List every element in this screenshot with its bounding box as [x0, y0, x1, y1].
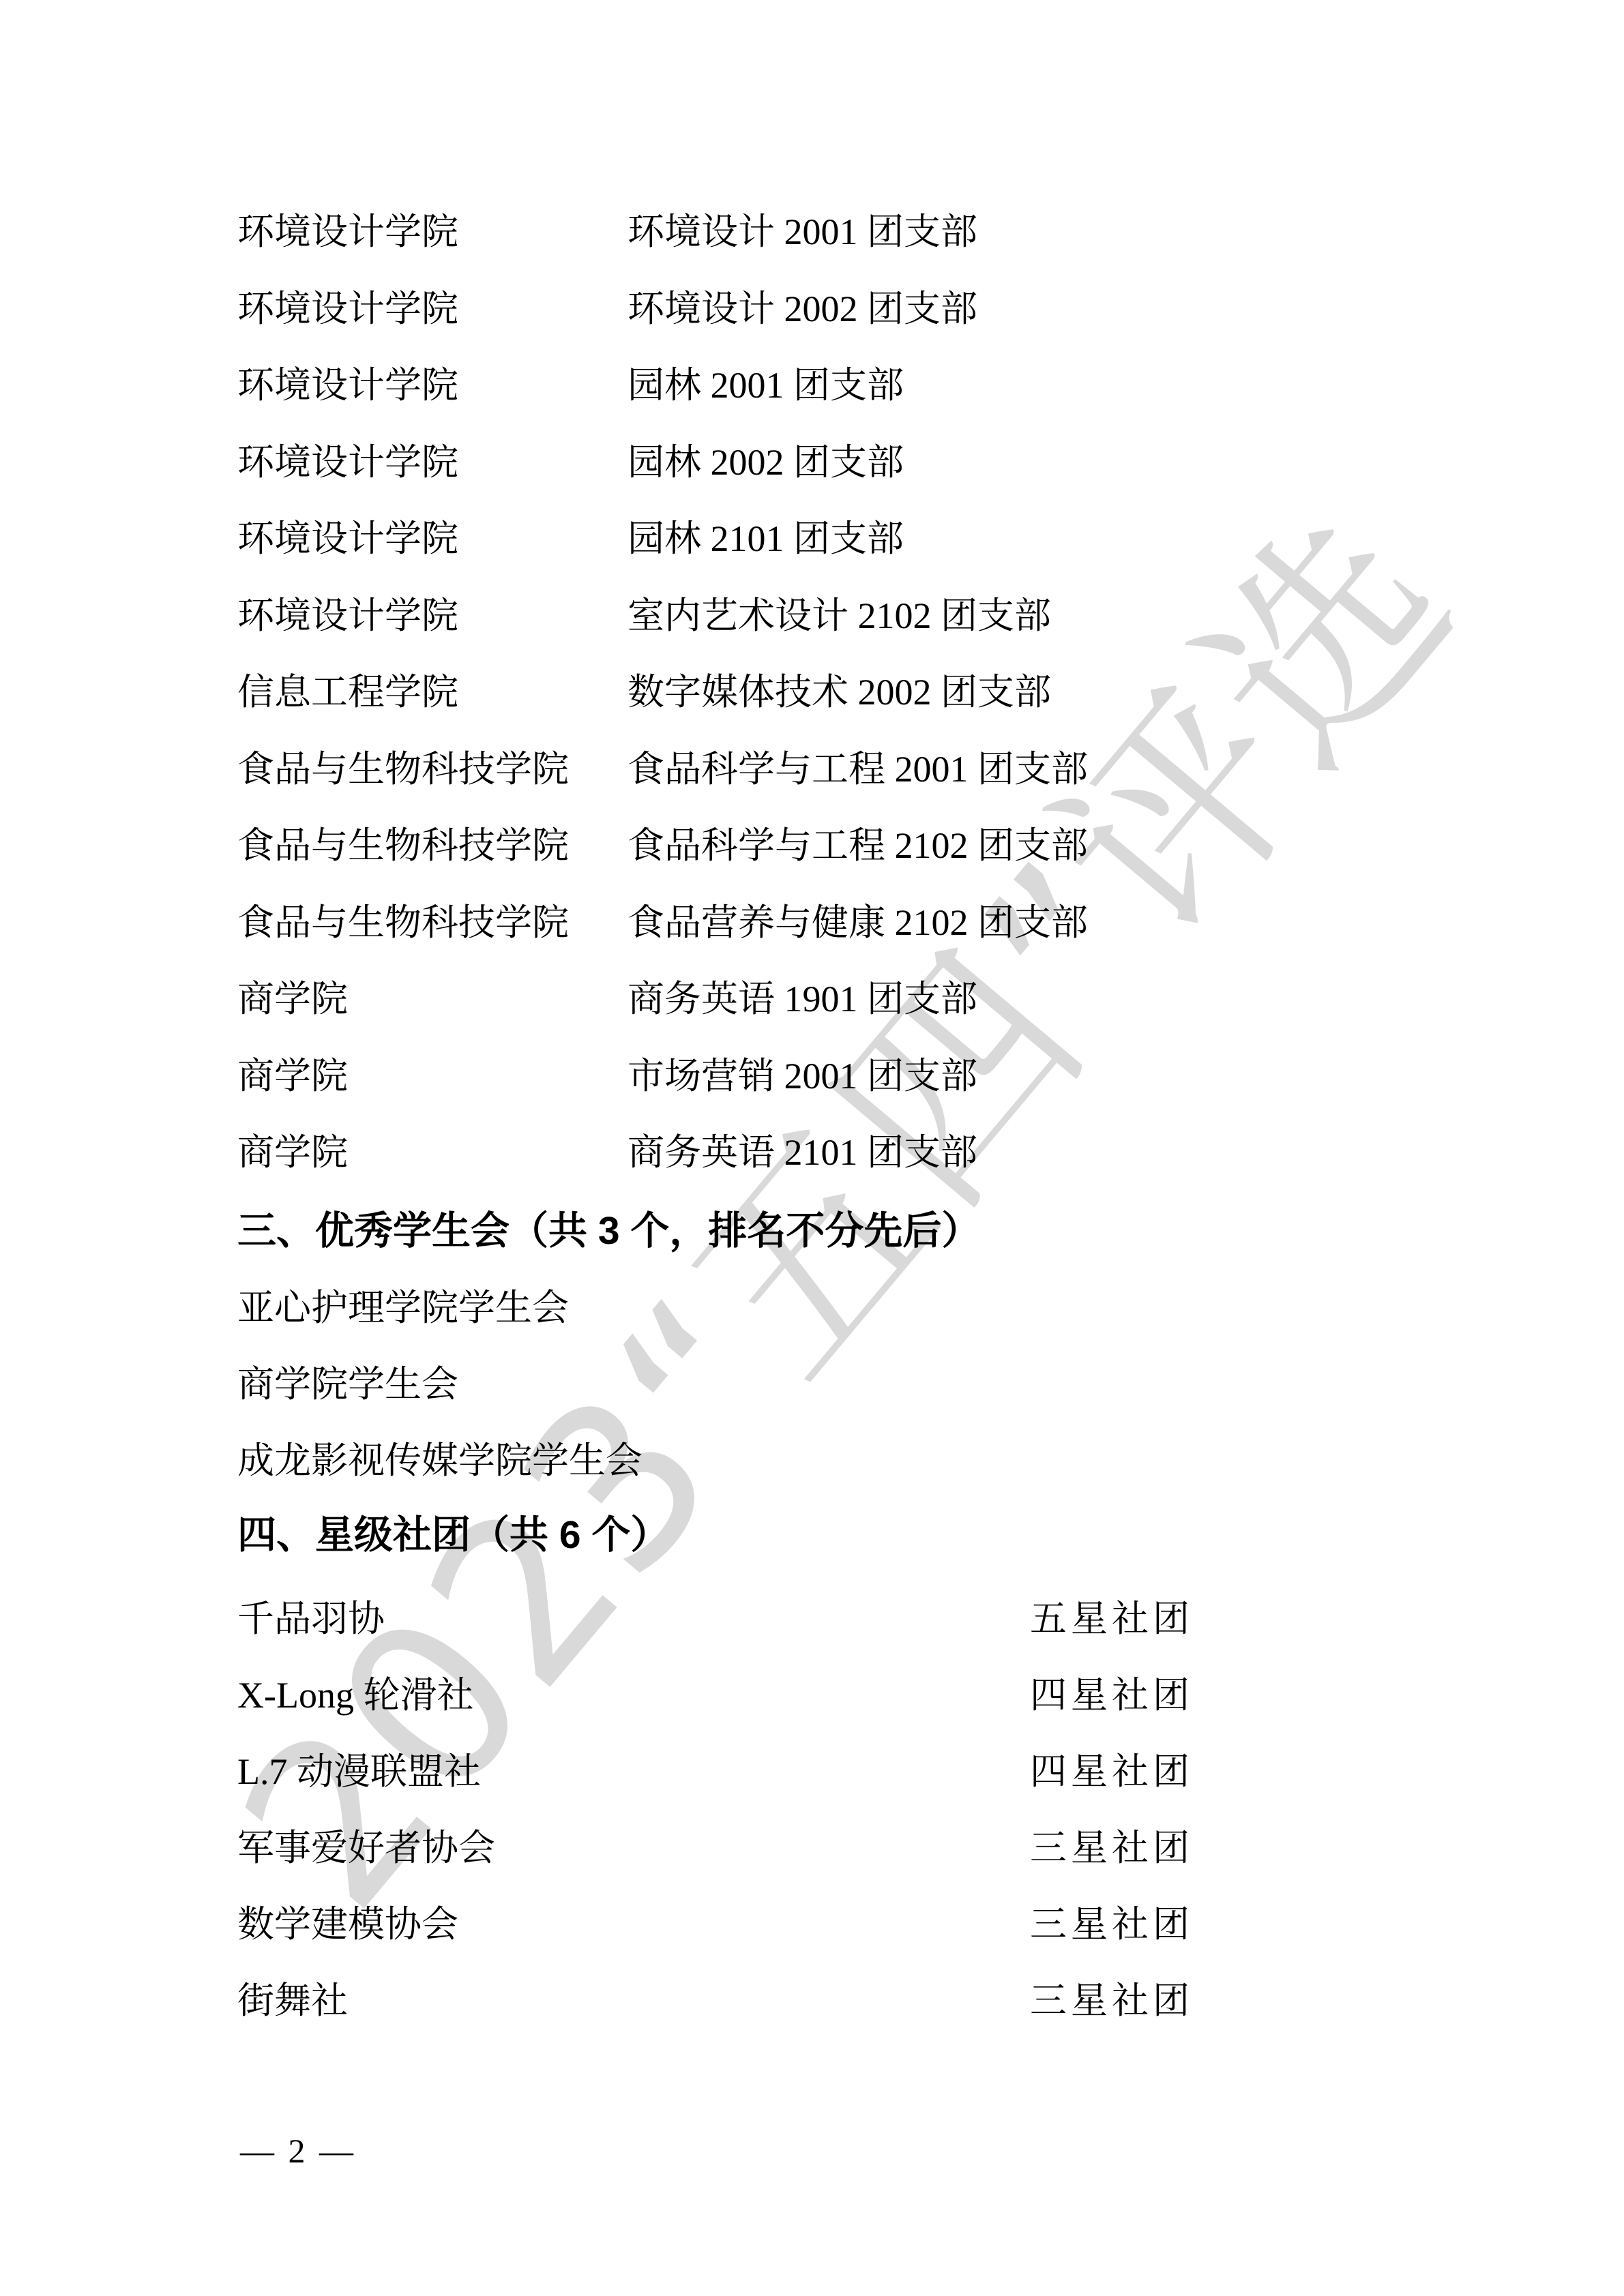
college-name: 环境设计学院	[237, 444, 628, 481]
club-name: 军事爱好者协会	[237, 1830, 1030, 1866]
club-rating: 三星社团	[1030, 1830, 1465, 1866]
club-name: 数学建模协会	[237, 1906, 1030, 1943]
college-name: 环境设计学院	[237, 597, 628, 634]
club-name: X-Long 轮滑社	[237, 1677, 1030, 1714]
section-heading-student-unions: 三、优秀学生会（共 3 个，排名不分先后）	[237, 1208, 980, 1253]
club-name: 街舞社	[237, 1982, 1030, 2019]
branch-row: 环境设计学院园林 2001 团支部	[237, 347, 1465, 424]
branch-name: 环境设计 2001 团支部	[628, 213, 1465, 250]
branch-row: 信息工程学院数字媒体技术 2002 团支部	[237, 654, 1465, 731]
club-rating: 三星社团	[1030, 1982, 1465, 2019]
club-row: X-Long 轮滑社四星社团	[237, 1657, 1465, 1733]
college-name: 环境设计学院	[237, 367, 628, 404]
page-content: 环境设计学院环境设计 2001 团支部 环境设计学院环境设计 2002 团支部 …	[0, 0, 1624, 2296]
star-club-list: 千品羽协五星社团 X-Long 轮滑社四星社团 L.7 动漫联盟社四星社团 军事…	[237, 1581, 1465, 2039]
college-name: 食品与生物科技学院	[237, 827, 628, 864]
club-row: 千品羽协五星社团	[237, 1581, 1465, 1657]
branch-name: 数字媒体技术 2002 团支部	[628, 674, 1465, 711]
club-rating: 三星社团	[1030, 1906, 1465, 1943]
branch-row: 环境设计学院室内艺术设计 2102 团支部	[237, 578, 1465, 655]
branch-row: 商学院商务英语 1901 团支部	[237, 961, 1465, 1038]
club-rating: 五星社团	[1030, 1600, 1465, 1637]
branch-name: 食品科学与工程 2001 团支部	[628, 751, 1465, 788]
student-union-item: 商学院学生会	[237, 1346, 1465, 1422]
college-name: 食品与生物科技学院	[237, 751, 628, 788]
student-union-item: 亚心护理学院学生会	[237, 1270, 1465, 1346]
branch-name: 园林 2001 团支部	[628, 367, 1465, 404]
branch-name: 室内艺术设计 2102 团支部	[628, 597, 1465, 634]
club-row: L.7 动漫联盟社四星社团	[237, 1733, 1465, 1810]
branch-name: 环境设计 2002 团支部	[628, 290, 1465, 327]
club-row: 街舞社三星社团	[237, 1963, 1465, 2039]
branch-name: 商务英语 1901 团支部	[628, 981, 1465, 1017]
branch-row: 环境设计学院环境设计 2001 团支部	[237, 194, 1465, 271]
page-number: — 2 —	[240, 2130, 356, 2171]
club-rating: 四星社团	[1030, 1677, 1465, 1714]
club-name: 千品羽协	[237, 1600, 1030, 1637]
branch-row: 食品与生物科技学院食品科学与工程 2102 团支部	[237, 807, 1465, 884]
college-name: 商学院	[237, 1058, 628, 1094]
branch-name: 园林 2002 团支部	[628, 444, 1465, 481]
club-row: 军事爱好者协会三星社团	[237, 1810, 1465, 1886]
league-branch-list: 环境设计学院环境设计 2001 团支部 环境设计学院环境设计 2002 团支部 …	[237, 194, 1465, 1191]
branch-row: 商学院市场营销 2001 团支部	[237, 1038, 1465, 1115]
college-name: 环境设计学院	[237, 290, 628, 327]
college-name: 信息工程学院	[237, 674, 628, 711]
club-row: 数学建模协会三星社团	[237, 1886, 1465, 1963]
document-page: 2023“五四”评选 环境设计学院环境设计 2001 团支部 环境设计学院环境设…	[0, 0, 1624, 2296]
college-name: 环境设计学院	[237, 520, 628, 557]
college-name: 食品与生物科技学院	[237, 904, 628, 941]
branch-name: 园林 2101 团支部	[628, 520, 1465, 557]
college-name: 环境设计学院	[237, 213, 628, 250]
student-union-item: 成龙影视传媒学院学生会	[237, 1422, 1465, 1499]
branch-row: 环境设计学院园林 2002 团支部	[237, 424, 1465, 501]
branch-row: 环境设计学院环境设计 2002 团支部	[237, 271, 1465, 348]
branch-name: 食品营养与健康 2102 团支部	[628, 904, 1465, 941]
section-heading-star-clubs: 四、星级社团（共 6 个）	[237, 1512, 669, 1557]
college-name: 商学院	[237, 981, 628, 1017]
student-union-list: 亚心护理学院学生会 商学院学生会 成龙影视传媒学院学生会	[237, 1270, 1465, 1499]
branch-name: 商务英语 2101 团支部	[628, 1134, 1465, 1171]
branch-name: 市场营销 2001 团支部	[628, 1058, 1465, 1094]
branch-row: 食品与生物科技学院食品营养与健康 2102 团支部	[237, 884, 1465, 961]
branch-row: 环境设计学院园林 2101 团支部	[237, 501, 1465, 578]
college-name: 商学院	[237, 1134, 628, 1171]
branch-name: 食品科学与工程 2102 团支部	[628, 827, 1465, 864]
club-name: L.7 动漫联盟社	[237, 1753, 1030, 1790]
club-rating: 四星社团	[1030, 1753, 1465, 1790]
branch-row: 食品与生物科技学院食品科学与工程 2001 团支部	[237, 731, 1465, 808]
branch-row: 商学院商务英语 2101 团支部	[237, 1114, 1465, 1191]
